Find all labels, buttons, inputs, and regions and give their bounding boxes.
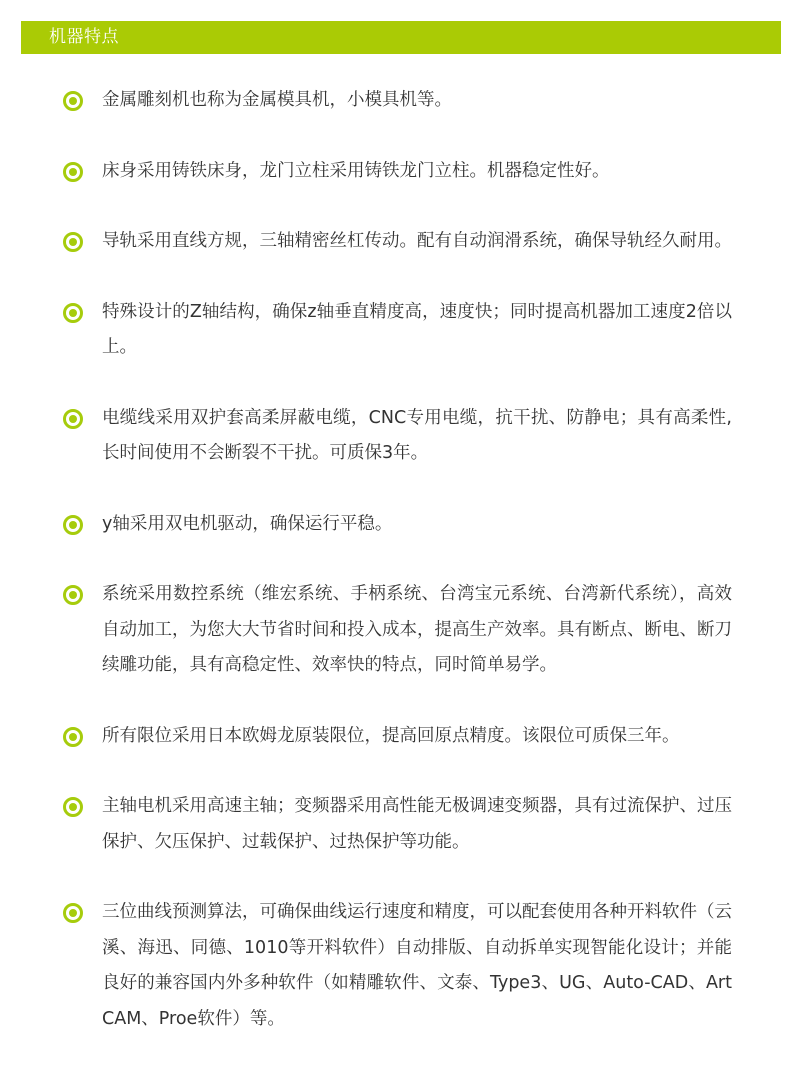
feature-text: 床身采用铸铁床身，龙门立柱采用铸铁龙门立柱。机器稳定性好。 xyxy=(102,154,732,190)
ring-dot-bullet-icon xyxy=(63,515,83,535)
feature-item: 导轨采用直线方规，三轴精密丝杠传动。配有自动润滑系统，确保导轨经久耐用。 xyxy=(0,224,800,260)
feature-text: 系统采用数控系统（维宏系统、手柄系统、台湾宝元系统、台湾新代系统），高效自动加工… xyxy=(102,577,732,684)
feature-item: 特殊设计的Z轴结构，确保z轴垂直精度高，速度快；同时提高机器加工速度2倍以上。 xyxy=(0,295,800,366)
feature-text: 特殊设计的Z轴结构，确保z轴垂直精度高，速度快；同时提高机器加工速度2倍以上。 xyxy=(102,295,732,366)
ring-dot-bullet-icon xyxy=(63,91,83,111)
ring-dot-bullet-icon xyxy=(63,162,83,182)
feature-item: 床身采用铸铁床身，龙门立柱采用铸铁龙门立柱。机器稳定性好。 xyxy=(0,154,800,190)
feature-text: y轴采用双电机驱动，确保运行平稳。 xyxy=(102,507,732,543)
ring-dot-bullet-icon xyxy=(63,585,83,605)
feature-text: 金属雕刻机也称为金属模具机，小模具机等。 xyxy=(102,83,732,119)
ring-dot-bullet-icon xyxy=(63,903,83,923)
ring-dot-bullet-icon xyxy=(63,727,83,747)
feature-item: 金属雕刻机也称为金属模具机，小模具机等。 xyxy=(0,83,800,119)
ring-dot-bullet-icon xyxy=(63,797,83,817)
feature-text: 三位曲线预测算法，可确保曲线运行速度和精度，可以配套使用各种开料软件（云溪、海迅… xyxy=(102,895,732,1037)
ring-dot-bullet-icon xyxy=(63,409,83,429)
feature-text: 导轨采用直线方规，三轴精密丝杠传动。配有自动润滑系统，确保导轨经久耐用。 xyxy=(102,224,732,260)
feature-list: 金属雕刻机也称为金属模具机，小模具机等。 床身采用铸铁床身，龙门立柱采用铸铁龙门… xyxy=(0,83,800,1072)
feature-text: 所有限位采用日本欧姆龙原装限位，提高回原点精度。该限位可质保三年。 xyxy=(102,719,732,755)
ring-dot-bullet-icon xyxy=(63,232,83,252)
feature-text: 主轴电机采用高速主轴；变频器采用高性能无极调速变频器，具有过流保护、过压保护、欠… xyxy=(102,789,732,860)
feature-item: 系统采用数控系统（维宏系统、手柄系统、台湾宝元系统、台湾新代系统），高效自动加工… xyxy=(0,577,800,684)
feature-item: 所有限位采用日本欧姆龙原装限位，提高回原点精度。该限位可质保三年。 xyxy=(0,719,800,755)
ring-dot-bullet-icon xyxy=(63,303,83,323)
feature-item: 三位曲线预测算法，可确保曲线运行速度和精度，可以配套使用各种开料软件（云溪、海迅… xyxy=(0,895,800,1037)
feature-item: 电缆线采用双护套高柔屏蔽电缆，CNC专用电缆，抗干扰、防静电；具有高柔性,长时间… xyxy=(0,401,800,472)
feature-item: 主轴电机采用高速主轴；变频器采用高性能无极调速变频器，具有过流保护、过压保护、欠… xyxy=(0,789,800,860)
section-header: 机器特点 xyxy=(21,21,781,54)
section-title: 机器特点 xyxy=(49,27,119,47)
feature-text: 电缆线采用双护套高柔屏蔽电缆，CNC专用电缆，抗干扰、防静电；具有高柔性,长时间… xyxy=(102,401,732,472)
feature-item: y轴采用双电机驱动，确保运行平稳。 xyxy=(0,507,800,543)
